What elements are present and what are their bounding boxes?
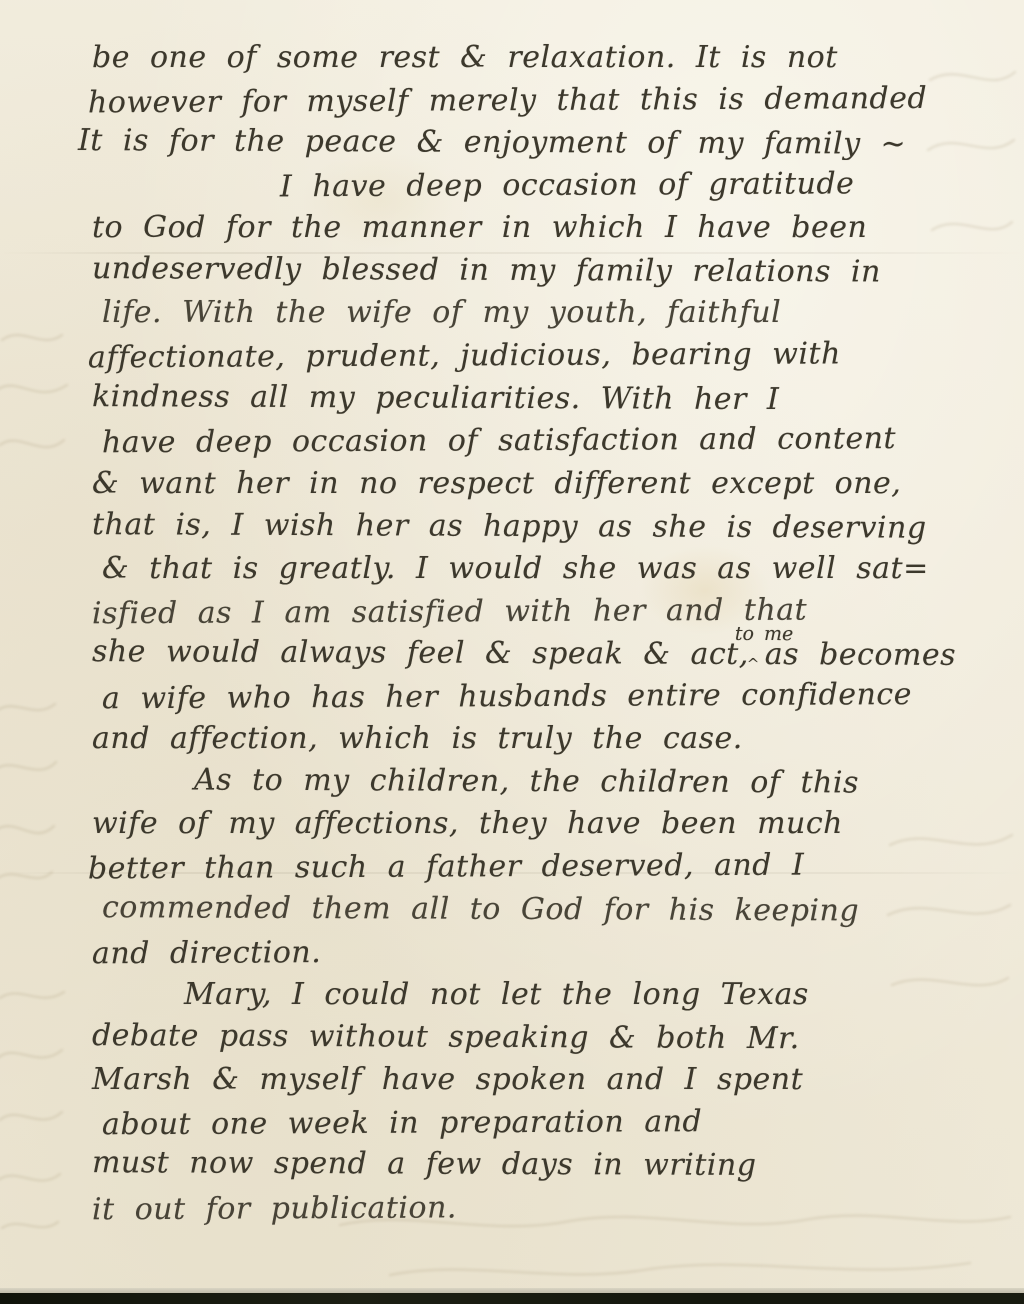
letter-line: affectionate, prudent, judicious, bearin… [88, 332, 972, 379]
letter-line: Mary, I could not let the long Texas [92, 973, 972, 1016]
scan-background-strip [0, 1293, 1024, 1304]
letter-line: commended them all to God for his keepin… [102, 886, 972, 932]
letter-line: to God for the manner in which I have be… [92, 206, 972, 249]
letter-line: undeservedly blessed in my family relati… [92, 247, 972, 293]
letter-line: & that is greatly. I would she was as we… [102, 547, 972, 590]
letter-line: a wife who has her husbands entire confi… [102, 673, 972, 720]
letter-page-scan: be one of some rest & relaxation. It is … [0, 0, 1024, 1304]
interlinear-insertion: to me ^ [749, 640, 765, 670]
letter-line: and affection, which is truly the case. [92, 718, 972, 761]
letter-line: must now spend a few days in writing [92, 1142, 972, 1188]
letter-line: debate pass without speaking & both Mr. [92, 1014, 972, 1060]
letter-line: and direction. [92, 928, 972, 975]
letter-line: however for myself merely that this is d… [88, 76, 972, 123]
line-text-after: as becomes [765, 637, 956, 673]
letter-line: it out for publication. [92, 1184, 972, 1231]
line-text-before: she would always feel & speak & act, [92, 634, 749, 672]
letter-line: As to my children, the children of this [92, 758, 972, 804]
letter-line: that is, I wish her as happy as she is d… [92, 503, 972, 549]
letter-line: wife of my affections, they have been mu… [92, 803, 972, 846]
letter-line: better than such a father deserved, and … [88, 843, 972, 890]
letter-line: kindness all my peculiarities. With her … [92, 375, 972, 421]
ink-showthrough [0, 980, 72, 1240]
ink-showthrough [0, 320, 72, 480]
letter-line: It is for the peace & enjoyment of my fa… [78, 119, 972, 165]
caret-mark: ^ [747, 656, 760, 674]
letter-line: be one of some rest & relaxation. It is … [92, 36, 972, 79]
letter-line: I have deep occasion of gratitude [92, 161, 972, 208]
letter-line: Marsh & myself have spoken and I spent [92, 1058, 972, 1101]
insertion-text: to me [735, 623, 793, 645]
ink-showthrough [0, 690, 60, 890]
letter-line: & want her in no respect different excep… [92, 462, 972, 505]
letter-line: about one week in preparation and [102, 1099, 972, 1146]
letter-line: isfied as I am satisfied with her and th… [92, 587, 972, 634]
letter-line-with-insertion: she would always feel & speak & act, to … [92, 630, 972, 676]
letter-line: life. With the wife of my youth, faithfu… [102, 292, 972, 335]
letter-line: have deep occasion of satisfaction and c… [102, 417, 972, 464]
letter-body: be one of some rest & relaxation. It is … [92, 36, 972, 1229]
